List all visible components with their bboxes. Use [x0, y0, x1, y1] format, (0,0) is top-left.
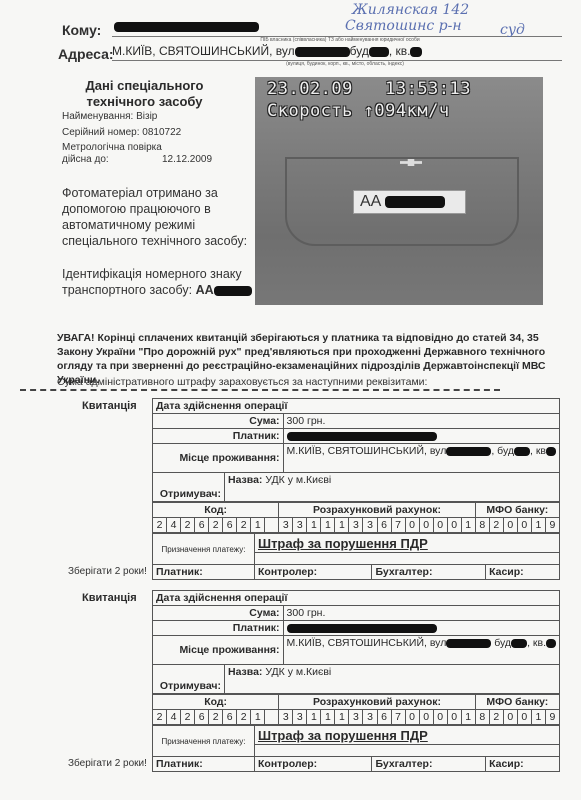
digit-cell: 6: [377, 710, 391, 725]
redacted: [546, 447, 556, 456]
residence-value: М.КИЇВ, СВЯТОШИНСЬКИЙ, вул буд, кв.: [283, 636, 559, 665]
redacted-building: [369, 47, 389, 57]
digit-cell: 0: [447, 710, 461, 725]
digit-cell: 4: [167, 710, 181, 725]
payment-details-table: Код: Розрахунковий рахунок: МФО банку: 2…: [152, 694, 560, 725]
purpose-extra-line: [255, 553, 560, 565]
sum-value: 300 грн.: [283, 606, 559, 621]
redacted: [287, 432, 437, 441]
redacted: [446, 447, 491, 456]
redacted-street: [295, 47, 350, 57]
digit-cell: 2: [181, 518, 195, 533]
code-label: Код:: [153, 695, 279, 710]
residence-label: Місце проживання:: [153, 636, 284, 665]
device-verification-date: 12.12.2009: [162, 154, 212, 165]
digit-cell: 8: [475, 518, 489, 533]
digit-cell: 6: [195, 518, 209, 533]
payer-label: Платник:: [153, 621, 284, 636]
recipient-label: Отримувач:: [153, 665, 225, 694]
cut-line: [20, 389, 500, 391]
recipient-name: Назва: УДК у м.Києві: [225, 473, 560, 502]
sign-cashier: Касир:: [486, 757, 560, 772]
code-label: Код:: [153, 503, 279, 518]
digit-cell: 1: [251, 710, 265, 725]
sum-value: 300 грн.: [283, 414, 559, 429]
digit-cell: 3: [279, 518, 293, 533]
redacted: [287, 624, 437, 633]
digit-cell: 1: [531, 710, 545, 725]
address-prefix: М.КИЇВ, СВЯТОШИНСЬКИЙ, вул: [112, 44, 295, 58]
digit-cell: 0: [517, 710, 531, 725]
speed-unit: км/ч: [407, 101, 450, 121]
plate-identification: Ідентифікація номерного знаку транспортн…: [62, 266, 252, 298]
device-title-line2: технічного засобу: [62, 94, 227, 110]
digit-cell: 1: [335, 518, 349, 533]
digit-cell: 2: [237, 518, 251, 533]
digit-cell: 6: [223, 710, 237, 725]
digit-cell: 0: [517, 518, 531, 533]
receipt-table-top: Дата здійснення операції Сума:300 грн. П…: [152, 398, 560, 502]
digit-cell: 7: [391, 710, 405, 725]
digit-cell: 2: [489, 710, 503, 725]
redacted-plate: [385, 196, 445, 208]
digit-cell: 0: [405, 518, 419, 533]
mfo-label: МФО банку:: [475, 503, 559, 518]
payment-details-table: Код: Розрахунковий рахунок: МФО банку: 2…: [152, 502, 560, 533]
purpose-value: Штраф за порушення ПДР: [255, 534, 560, 553]
digit-cell: 2: [489, 518, 503, 533]
plate-id-prefix: AA: [196, 283, 214, 297]
sum-label: Сума:: [153, 606, 284, 621]
photo-date: 23.02.09: [267, 79, 353, 99]
speed-label: Скорость: [267, 101, 353, 121]
sign-controller: Контролер:: [255, 757, 372, 772]
digit-cell: 0: [405, 710, 419, 725]
digit-cell: 2: [209, 518, 223, 533]
digit-cell: 4: [167, 518, 181, 533]
address-building: буд: [350, 44, 369, 58]
digit-cell: 1: [321, 710, 335, 725]
photo-timestamp: 23.02.09 13:53:13: [267, 79, 471, 99]
plate-prefix: AA: [360, 193, 380, 210]
redacted: [511, 639, 527, 648]
redacted: [546, 639, 556, 648]
redacted: [514, 447, 530, 456]
residence-label: Місце проживання:: [153, 444, 284, 473]
digit-cell: 1: [307, 710, 321, 725]
handwritten-note-2: Святошинс р-н: [345, 18, 462, 34]
digit-cell: 1: [251, 518, 265, 533]
purpose-label: Призначення платежу:: [153, 534, 255, 565]
speed-value: 094: [374, 101, 406, 121]
digit-cell: 7: [391, 518, 405, 533]
fine-notice-page: Кому: ПІБ власника (співвласника) ТЗ або…: [0, 0, 581, 800]
receipt-table-bottom: Призначення платежу: Штраф за порушення …: [152, 533, 560, 580]
purpose-label: Призначення платежу:: [153, 726, 255, 757]
device-title-line1: Дані спеціального: [62, 78, 227, 94]
digit-cell: [265, 518, 279, 533]
account-label: Розрахунковий рахунок:: [279, 695, 475, 710]
license-plate: AA: [353, 190, 466, 214]
account-label: Розрахунковий рахунок:: [279, 503, 475, 518]
digit-cell: 2: [153, 518, 167, 533]
digit-cell: 8: [475, 710, 489, 725]
digit-cell: 0: [503, 518, 517, 533]
sign-accountant: Бухгалтер:: [372, 565, 486, 580]
photo-text-line2: допомогою працюючого в: [62, 201, 247, 217]
digit-cell: 2: [237, 710, 251, 725]
redacted-name: [114, 22, 259, 32]
photo-description: Фотоматеріал отримано за допомогою працю…: [62, 185, 247, 249]
digit-cell: 0: [447, 518, 461, 533]
operation-date-label: Дата здійснення операції: [153, 591, 560, 606]
plate-id-line1: Ідентифікація номерного знаку: [62, 266, 252, 282]
receipt-title: Квитанція: [82, 400, 137, 412]
payer-value: [283, 429, 559, 444]
digit-cell: 0: [419, 518, 433, 533]
digit-cell: 3: [279, 710, 293, 725]
sum-note: Сума адміністративного штрафу зараховуєт…: [57, 376, 427, 388]
digit-cell: 9: [545, 710, 559, 725]
payer-label: Платник:: [153, 429, 284, 444]
digit-cell: 3: [293, 518, 307, 533]
plate-id-line2: транспортного засобу:: [62, 283, 192, 297]
receipt-form: Дата здійснення операції Сума:300 грн. П…: [152, 398, 560, 580]
photo-text-line4: спеціального технічного засобу:: [62, 233, 247, 249]
handwritten-note-1: Жилянская 142: [352, 2, 469, 18]
digit-cell: 2: [181, 710, 195, 725]
keep-note: Зберігати 2 роки!: [68, 758, 147, 769]
digit-cell: 2: [209, 710, 223, 725]
address-apt: , кв.: [389, 44, 411, 58]
to-field: [112, 18, 562, 37]
receipt-form: Дата здійснення операції Сума:300 грн. П…: [152, 590, 560, 772]
receipt-title: Квитанція: [82, 592, 137, 604]
digit-cell: 1: [307, 518, 321, 533]
operation-date-label: Дата здійснення операції: [153, 399, 560, 414]
digit-cell: 0: [503, 710, 517, 725]
digit-cell: 1: [461, 710, 475, 725]
digit-cell: 9: [545, 518, 559, 533]
device-name: Найменування: Візір: [62, 111, 157, 122]
digit-cell: 1: [531, 518, 545, 533]
recipient-name: Назва: УДК у м.Києві: [225, 665, 560, 694]
device-verification-label: Метрологічна повірка: [62, 142, 162, 153]
redacted: [446, 639, 491, 648]
sum-label: Сума:: [153, 414, 284, 429]
digit-cell: 1: [461, 518, 475, 533]
digit-cell: 3: [363, 518, 377, 533]
digit-cell: 0: [419, 710, 433, 725]
digit-cell: 6: [195, 710, 209, 725]
digit-cell: 0: [433, 518, 447, 533]
digit-cell: 1: [335, 710, 349, 725]
to-label: Кому:: [62, 22, 101, 38]
digit-cell: 3: [363, 710, 377, 725]
receipt-table-top: Дата здійснення операції Сума:300 грн. П…: [152, 590, 560, 694]
speed-camera-photo: AA 23.02.09 13:53:13 Скорость ↑094км/ч: [255, 77, 543, 305]
digit-cell: 3: [293, 710, 307, 725]
handwritten-note-3: суд: [500, 22, 525, 38]
digit-cell: 3: [349, 710, 363, 725]
digit-cell: 0: [433, 710, 447, 725]
mfo-label: МФО банку:: [475, 695, 559, 710]
device-title: Дані спеціального технічного засобу: [62, 78, 227, 110]
purpose-value: Штраф за порушення ПДР: [255, 726, 560, 745]
digit-cell: 6: [377, 518, 391, 533]
digit-cell: 2: [153, 710, 167, 725]
sign-payer: Платник:: [153, 565, 255, 580]
purpose-extra-line: [255, 745, 560, 757]
sign-accountant: Бухгалтер:: [372, 757, 486, 772]
sign-payer: Платник:: [153, 757, 255, 772]
digit-cell: 1: [321, 518, 335, 533]
photo-speed: Скорость ↑094км/ч: [267, 101, 450, 121]
receipt-table-bottom: Призначення платежу: Штраф за порушення …: [152, 725, 560, 772]
address-caption: (вулиця, будинок, корп., кв., місто, обл…: [240, 61, 450, 67]
digit-cell: 3: [349, 518, 363, 533]
sign-controller: Контролер:: [255, 565, 372, 580]
digit-cell: [265, 710, 279, 725]
redacted-apt: [410, 47, 422, 57]
device-serial: Серійний номер: 0810722: [62, 127, 181, 138]
arrow-up-icon: ↑: [364, 101, 375, 121]
device-verification-until: дійсна до:: [62, 154, 109, 165]
photo-time: 13:53:13: [385, 79, 471, 99]
photo-text-line3: автоматичному режимі: [62, 217, 247, 233]
residence-value: М.КИЇВ, СВЯТОШИНСЬКИЙ, вул, буд, кв: [283, 444, 559, 473]
recipient-label: Отримувач:: [153, 473, 225, 502]
payer-value: [283, 621, 559, 636]
digit-cell: 6: [223, 518, 237, 533]
address-field: М.КИЇВ, СВЯТОШИНСЬКИЙ, вулбуд, кв.: [112, 42, 562, 61]
sign-cashier: Касир:: [486, 565, 560, 580]
redacted-plate-id: [214, 286, 252, 296]
keep-note: Зберігати 2 роки!: [68, 566, 147, 577]
photo-text-line1: Фотоматеріал отримано за: [62, 185, 247, 201]
address-label: Адреса:: [58, 46, 114, 62]
